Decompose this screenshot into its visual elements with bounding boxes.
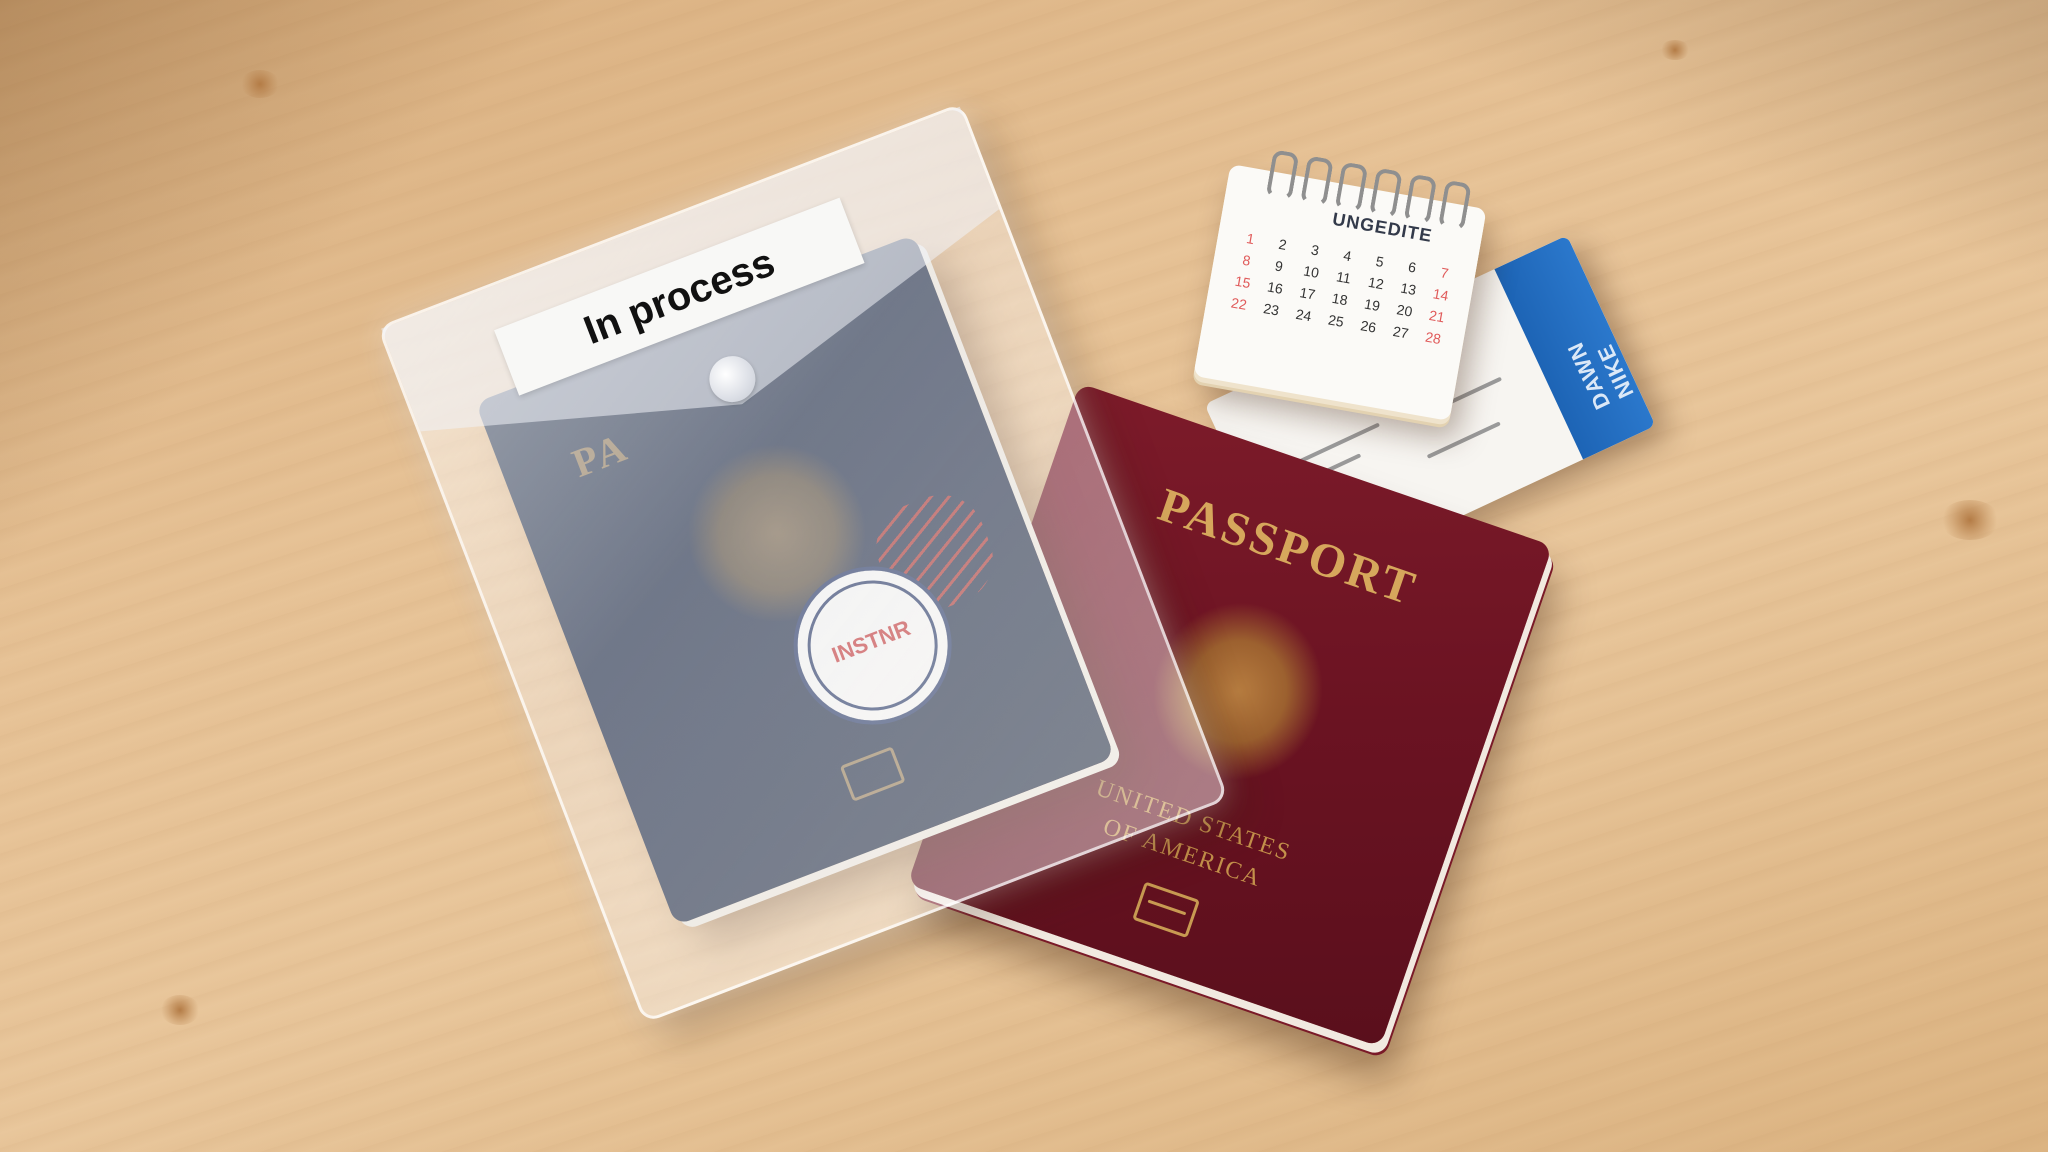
calendar-day: 20 [1387,300,1422,321]
wood-knot [160,995,200,1025]
biometric-chip-icon [1132,881,1200,938]
calendar-day: 15 [1225,271,1260,292]
calendar-day: 24 [1286,304,1321,325]
calendar-day: 17 [1290,283,1325,304]
calendar-day: 3 [1298,239,1333,260]
calendar-day: 27 [1383,321,1418,342]
calendar-day: 5 [1362,251,1397,272]
calendar-day: 8 [1229,250,1264,271]
calendar-day: 6 [1395,256,1430,277]
calendar-day: 16 [1258,277,1293,298]
calendar-day: 12 [1358,272,1393,293]
calendar-day: 26 [1351,316,1386,337]
wood-knot [240,70,280,98]
calendar-day: 23 [1254,299,1289,320]
desk-calendar: UNGEDITE 1234567891011121314151617181920… [1193,164,1486,421]
wood-knot [1940,500,2000,540]
calendar-day: 11 [1326,267,1361,288]
calendar-day: 19 [1355,294,1390,315]
calendar-day: 18 [1322,288,1357,309]
ticket-text-line [1427,421,1501,458]
calendar-day: 10 [1294,261,1329,282]
calendar-day: 7 [1427,262,1462,283]
wood-knot [1660,40,1690,60]
calendar-day: 2 [1265,234,1300,255]
calendar-day: 25 [1318,310,1353,331]
calendar-day: 28 [1416,327,1451,348]
calendar-day: 1 [1233,228,1268,249]
calendar-day: 4 [1330,245,1365,266]
calendar-day: 13 [1391,278,1426,299]
calendar-day: 21 [1419,305,1454,326]
calendar-day: 9 [1261,255,1296,276]
calendar-day: 22 [1221,293,1256,314]
calendar-day: 14 [1423,284,1458,305]
